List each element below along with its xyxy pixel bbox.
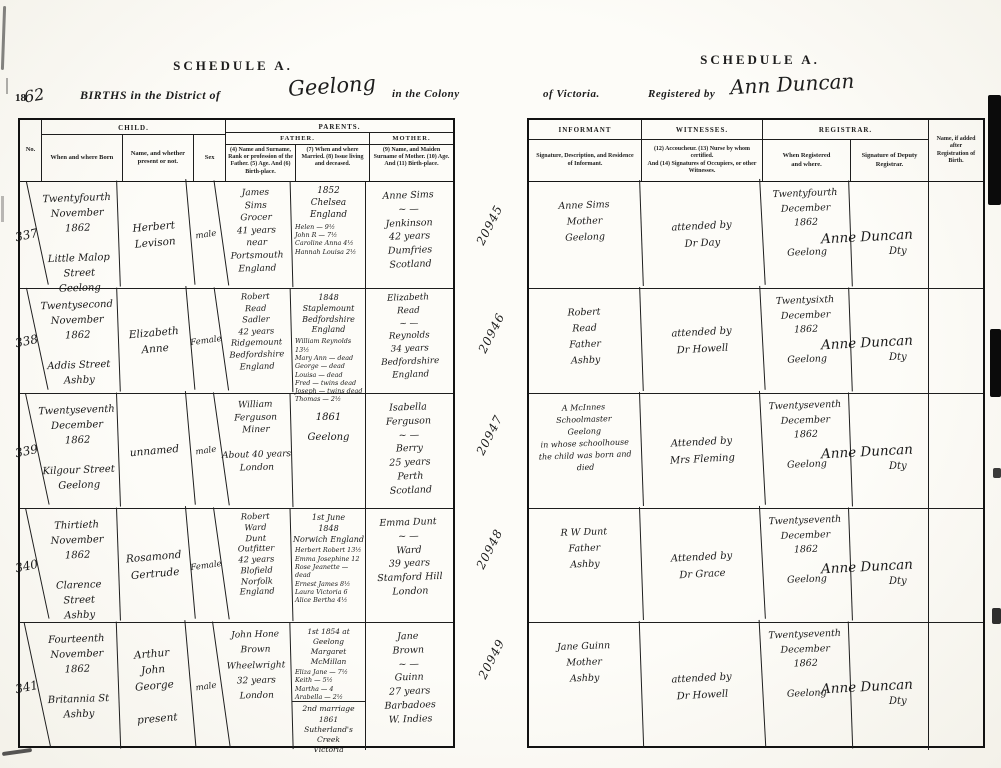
child-name-cell: Rosamond Gertrude [114,506,196,625]
scan-artifact-bar [992,608,1001,624]
father-cell: James Sims Grocer 41 years near Portsmou… [221,181,294,289]
margin-number: 20948 [474,527,506,572]
mother-cell: Elizabeth Read ~ — Reynolds 34 years Bed… [364,288,455,395]
born-cell: Twentysecond November 1862 Addis Street … [36,288,121,395]
col-name-header: Name, and whether present or not. [123,135,195,181]
scan-artifact-bar [988,95,1001,205]
parents-group-header: PARENTS. FATHER. MOTHER. (4) Name and Su… [226,120,453,181]
witnesses-cell: attended by Dr Day [639,179,765,291]
scan-artifact-bar [990,329,1001,397]
witnesses-cell: Attended by Dr Grace [639,506,766,625]
father-cell: Robert Read Sadler 42 years Ridgemount B… [221,288,294,394]
witnesses-label: WITNESSES. [642,120,762,140]
informant-cell: A McInnes Schoolmaster Geelong in whose … [527,392,644,510]
right-register-table: INFORMANT Signature, Description, and Re… [527,118,985,748]
deputy-abbrev: Dty [889,246,907,257]
mother-cell: Emma Dunt ~ — Ward 39 years Stamford Hil… [364,508,455,624]
child-group-header: CHILD. When and where Born Name, and whe… [42,120,226,181]
witnesses-cell: attended by Dr Howell [639,620,766,753]
register-row-341: 341 Fourteenth November 1862 Britannia S… [20,623,453,750]
deputy-signature-cell: Anne Duncan Dty [851,509,929,622]
father-cell: Robert Ward Dunt Outfitter 42 years Blof… [221,508,294,623]
mother-cell: Isabella Ferguson ~ — Berry 25 years Per… [364,393,455,510]
margin-number: 20945 [474,203,506,248]
informant-cell: Jane Guinn Mother Ashby [527,621,644,752]
informant-label: INFORMANT [529,120,641,140]
father-mother-labels: FATHER. MOTHER. [226,133,453,145]
married-cell: 1852 Chelsea England Helen — 9½ John R —… [292,182,366,288]
col-sex-header: Sex [194,135,225,181]
right-schedule-title: SCHEDULE A. [650,52,870,68]
register-row-339: 339 Twentyseventh December 1862 Kilgour … [20,394,453,509]
name-added-cell [929,394,983,508]
colony-label: in the Colony [392,88,460,100]
married-cell: 1st June 1848 Norwich England Herbert Ro… [292,509,366,622]
left-table-header: No. CHILD. When and where Born Name, and… [20,120,453,182]
right-row-340: R W Dunt Father Ashby Attended by Dr Gra… [529,509,983,623]
registrar-subheaders: When Registered and where. Signature of … [763,140,928,181]
scan-smudge [6,78,8,94]
witnesses-cell: Attended by Mrs Fleming [639,391,766,511]
deputy-abbrev: Dty [889,696,907,707]
margin-number: 20949 [476,637,508,682]
left-schedule-title: SCHEDULE A. [128,58,338,74]
child-subheaders: When and where Born Name, and whether pr… [42,135,225,181]
col-born-header: When and where Born [42,135,123,181]
right-table-header: INFORMANT Signature, Description, and Re… [529,120,983,182]
witnesses-header: WITNESSES. (12) Accoucheur. (13) Nurse b… [642,120,763,181]
scan-smudge [1,196,4,222]
register-row-337: 337 Twentyfourth November 1862 Little Ma… [20,182,453,289]
when-registered-header: When Registered and where. [763,140,851,181]
marriage-date: 1861 Geelong [292,394,365,448]
mother-cell: Jane Brown ~ — Guinn 27 years Barbadoes … [364,622,455,752]
registered-by-label: Registered by [648,88,715,100]
register-row-338: 338 Twentysecond November 1862 Addis Str… [20,289,453,394]
married-cell: 1848 Staplemount Bedfordshire England Wi… [292,289,366,393]
of-victoria-label: of Victoria. [543,88,600,100]
name-added-cell [929,182,983,288]
no-label: No. [26,146,36,154]
born-cell: Twentyseventh December 1862 Kilgour Stre… [36,393,121,510]
witnesses-note: (12) Accoucheur. (13) Nurse by whom cert… [642,140,762,181]
year-handwritten: 62 [23,84,46,106]
marriage-date: 1848 Staplemount Bedfordshire England [292,289,365,336]
informant-cell: R W Dunt Father Ashby [527,507,644,624]
father-cell: William Ferguson Miner About 40 years Lo… [221,393,294,509]
registrar-signature: Anne Duncan [821,442,914,463]
mother-note: (9) Name, and Maiden Surname of Mother. … [370,145,453,181]
right-row-341: Jane Guinn Mother Ashby attended by Dr H… [529,623,983,750]
deputy-abbrev: Dty [889,352,907,363]
married-cell: 1st 1854 at Geelong Margaret McMillan El… [292,623,366,750]
parents-notes: (4) Name and Surname, Rank or profession… [226,145,453,181]
register-scan-page: SCHEDULE A. 1862 BIRTHS in the District … [0,0,1001,768]
deputy-signature-header: Signature of Deputy Registrar. [851,140,928,181]
registrar-signature-header: Ann Duncan [729,69,854,99]
issue-list: Helen — 9½ John R — 7½ Caroline Anna 4½ … [292,222,365,256]
scan-smudge [1,6,6,70]
marriage-date: 1st June 1848 Norwich England [292,509,365,545]
father-note: (4) Name and Surname, Rank or profession… [226,145,296,181]
informant-note: Signature, Description, and Residence of… [529,140,641,181]
name-added-cell [929,623,983,750]
district-handwritten: Geelong [287,71,376,101]
births-district-label: BIRTHS in the District of [80,88,221,103]
marriage-date: 1852 Chelsea England [292,182,365,222]
born-cell: Twentyfourth November 1862 Little Malop … [36,181,121,290]
right-row-338: Robert Read Father Ashby attended by Dr … [529,289,983,394]
right-row-337: Anne Sims Mother Geelong attended by Dr … [529,182,983,289]
issue-list: Eliza Jane — 7½ Keith — 5½ Martha — 4 Ar… [292,667,365,701]
issue-list: Herbert Robert 13½ Emma Josephine 12 Ros… [292,545,365,604]
margin-number: 20946 [476,311,508,356]
year-field: 1862 [15,86,44,106]
deputy-signature-cell: Anne Duncan Dty [851,289,929,393]
married-cell: 1861 Geelong [292,394,366,508]
informant-cell: Anne Sims Mother Geelong [527,180,644,290]
parents-group-label: PARENTS. [226,120,453,133]
father-group-label: FATHER. [226,133,370,144]
child-name-cell: Elizabeth Anne [115,286,196,396]
name-added-header: Name, if added after Registration of Bir… [929,120,983,181]
register-row-340: 340 Thirtieth November 1862 Clarence Str… [20,509,453,623]
born-cell: Fourteenth November 1862 Britannia St As… [36,622,121,752]
child-name-cell: unnamed [114,391,196,511]
mother-cell: Anne Sims ~ — Jenkinson 42 years Dumfrie… [364,181,455,290]
child-name-cell: Herbert Levison [115,179,196,291]
deputy-abbrev: Dty [889,576,907,587]
deputy-signature-cell: Anne Duncan Dty [851,182,929,288]
right-row-339: A McInnes Schoolmaster Geelong in whose … [529,394,983,509]
deputy-signature-cell: Anne Duncan Dty [851,623,929,750]
mother-group-label: MOTHER. [370,133,453,144]
registrar-header: REGISTRAR. When Registered and where. Si… [763,120,929,181]
name-added-cell [929,289,983,393]
name-added-cell [929,509,983,622]
married-note: (7) When and where Married. (8) Issue li… [296,145,370,181]
born-cell: Thirtieth November 1862 Clarence Street … [36,508,121,624]
registrar-label: REGISTRAR. [763,120,928,140]
scan-artifact-bar [993,468,1001,478]
second-marriage: 2nd marriage 1861 Sutherland's Creek Vic… [292,701,365,758]
child-group-label: CHILD. [42,120,225,135]
deputy-signature-cell: Anne Duncan Dty [851,394,929,508]
col-no-header: No. [20,120,42,181]
informant-cell: Robert Read Father Ashby [527,287,644,395]
marriage-date: 1st 1854 at Geelong Margaret McMillan [292,623,365,667]
deputy-abbrev: Dty [889,461,907,472]
margin-number: 20947 [474,413,506,458]
issue-list [292,448,365,449]
informant-header: INFORMANT Signature, Description, and Re… [529,120,642,181]
scan-smudge [2,748,32,756]
witnesses-cell: attended by Dr Howell [639,286,765,396]
father-cell: John Hone Brown Wheelwright 32 years Lon… [220,622,293,751]
left-register-table: No. CHILD. When and where Born Name, and… [18,118,455,748]
